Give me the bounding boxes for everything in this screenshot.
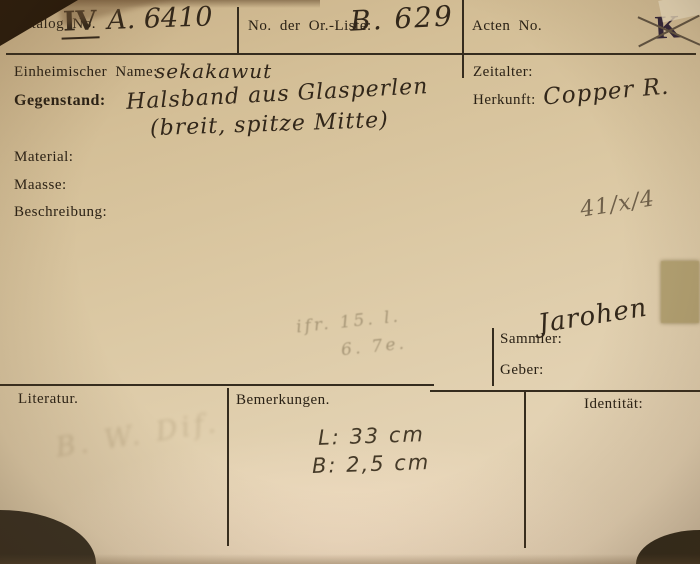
or-liste-handwritten-value: B. 629 bbox=[349, 0, 454, 38]
measurement-length-handwritten: L: 33 cm bbox=[318, 422, 426, 450]
herkunft-label: Herkunft: bbox=[473, 92, 536, 109]
photo-of-catalog-card: Catalog No. IV A. 6410 No. der Or.-Liste… bbox=[0, 0, 700, 564]
faint-pencil-note-line1: ifr. 15. l. bbox=[295, 307, 402, 338]
catalog-card: Catalog No. IV A. 6410 No. der Or.-Liste… bbox=[0, 0, 700, 564]
material-label: Material: bbox=[14, 149, 73, 166]
herkunft-handwritten-value: Copper R. bbox=[542, 74, 670, 111]
zeitalter-label: Zeitalter: bbox=[473, 64, 533, 81]
measurement-width-handwritten: B: 2,5 cm bbox=[312, 450, 431, 478]
bottom-divider-1 bbox=[227, 388, 229, 546]
beschreibung-label: Beschreibung: bbox=[14, 204, 107, 221]
faint-pencil-note-line2: 6. 7e. bbox=[340, 334, 408, 361]
sammler-handwritten-signature: Jarohen bbox=[536, 293, 649, 340]
maasse-label: Maasse: bbox=[14, 177, 67, 194]
literatur-label: Literatur. bbox=[18, 391, 78, 408]
einheimischer-name-handwritten-value: sekakawut bbox=[155, 59, 272, 83]
bottom-rule-left bbox=[0, 384, 434, 386]
bottom-divider-2 bbox=[524, 392, 526, 548]
header-divider-2 bbox=[462, 0, 464, 78]
identitaet-label: Identität: bbox=[584, 396, 643, 413]
pencil-inventory-number: 41/x/4 bbox=[579, 186, 657, 222]
sammler-divider bbox=[492, 328, 494, 386]
einheimischer-name-label: Einheimischer Name: bbox=[14, 64, 158, 81]
bottom-rule-right bbox=[430, 390, 700, 392]
tape-patch bbox=[661, 261, 699, 323]
bemerkungen-label: Bemerkungen. bbox=[236, 392, 330, 409]
gegenstand-handwritten-line2: (breit, spitze Mitte) bbox=[150, 108, 389, 141]
faint-scribble: B. W. Dif. bbox=[54, 407, 222, 463]
acten-no-label: Acten No. bbox=[472, 18, 542, 35]
geber-label: Geber: bbox=[500, 362, 544, 379]
header-divider-1 bbox=[237, 7, 239, 54]
header-rule bbox=[6, 53, 696, 55]
bottom-edge-shadow bbox=[0, 554, 700, 564]
gegenstand-label: Gegenstand: bbox=[14, 92, 106, 110]
